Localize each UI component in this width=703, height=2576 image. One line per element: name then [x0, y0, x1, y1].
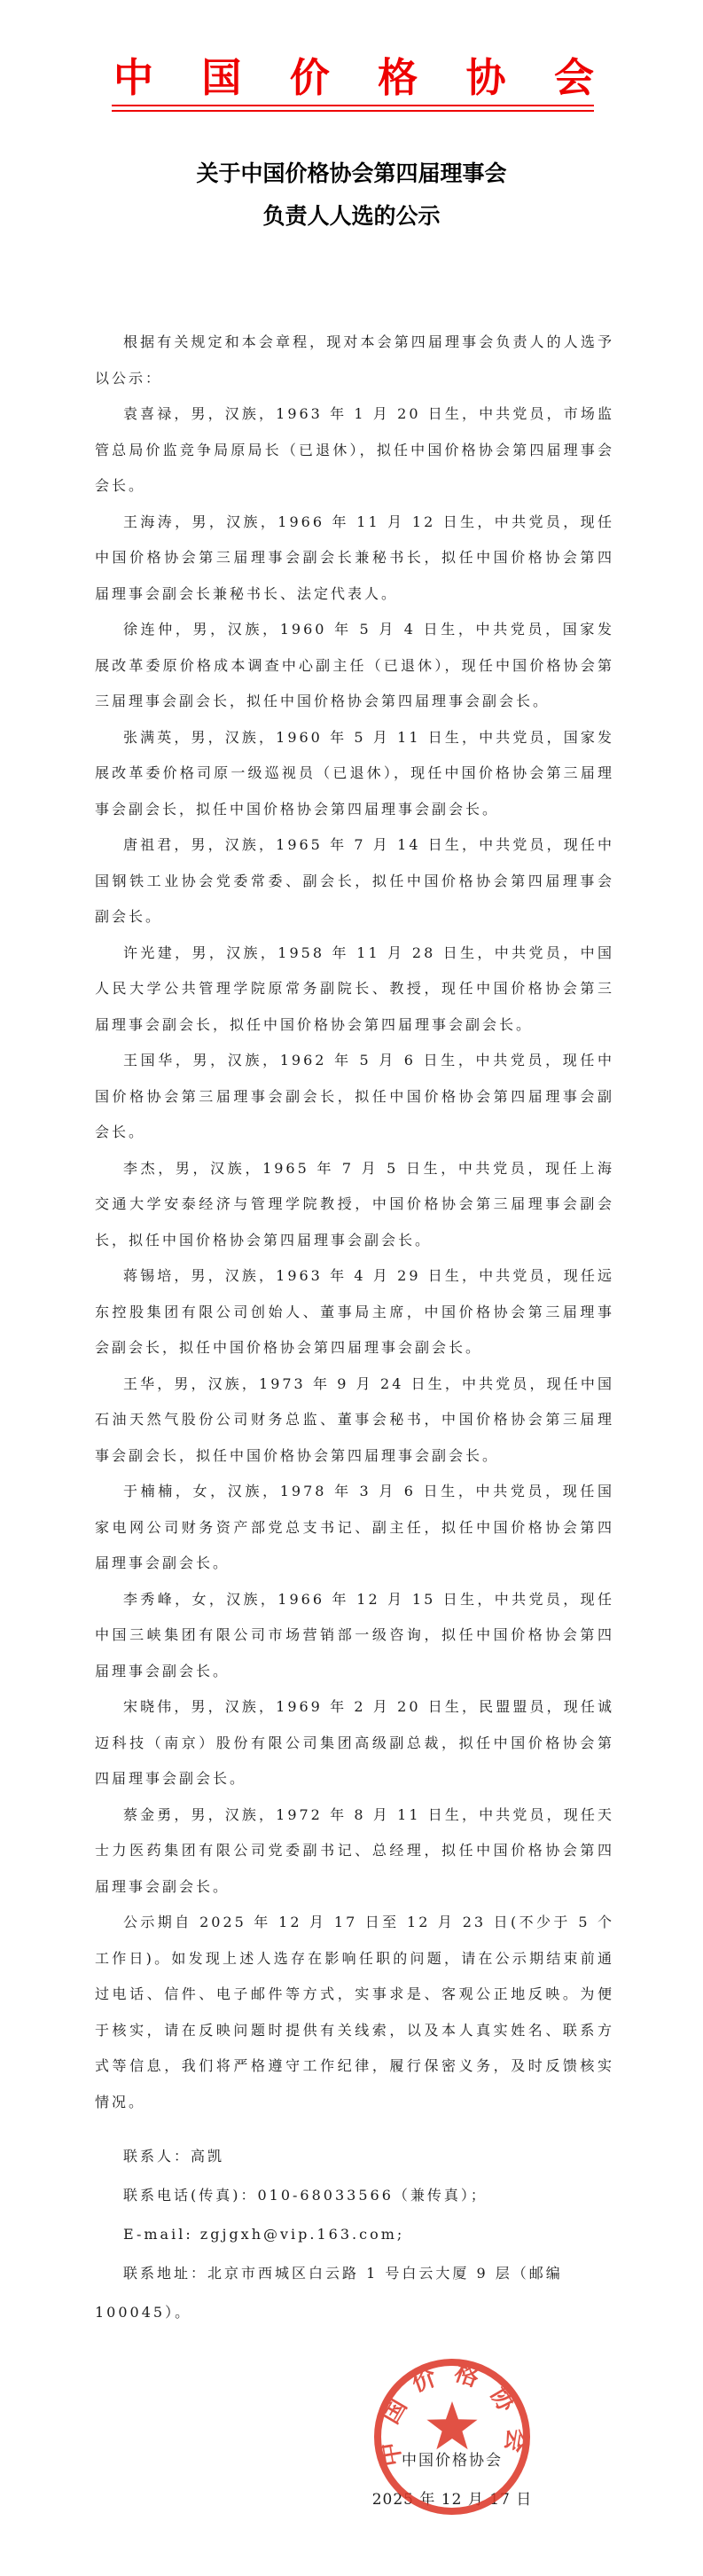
- letterhead-char: 协: [466, 55, 506, 101]
- body-paragraph: 唐祖君，男，汉族，1965 年 7 月 14 日生，中共党员，现任中国钢铁工业协…: [95, 827, 614, 936]
- announcement-document: 中 国 价 格 协 会 关于中国价格协会第四届理事会 负责人人选的公示 根据有关…: [0, 0, 703, 2576]
- letterhead-char: 价: [290, 55, 330, 101]
- body-paragraph: 李秀峰，女，汉族，1966 年 12 月 15 日生，中共党员，现任中国三峡集团…: [95, 1582, 614, 1690]
- contact-line: E-mail: zgjgxh@vip.163.com;: [95, 2215, 614, 2254]
- letterhead-org-name: 中 国 价 格 协 会: [113, 55, 594, 101]
- body-paragraph: 王国华，男，汉族，1962 年 5 月 6 日生，中共党员，现任中国价格协会第三…: [95, 1043, 614, 1151]
- contact-line: 联系地址：北京市西城区白云路 1 号白云大厦 9 层（邮编: [95, 2254, 614, 2293]
- contact-line: 联系人：高凯: [95, 2137, 614, 2176]
- red-star-icon: [426, 2401, 477, 2449]
- body-paragraph: 蒋锡培，男，汉族，1963 年 4 月 29 日生，中共党员，现任远东控股集团有…: [95, 1258, 614, 1366]
- body-paragraph: 王华，男，汉族，1973 年 9 月 24 日生，中共党员，现任中国石油天然气股…: [95, 1366, 614, 1475]
- letterhead-divider: [112, 105, 594, 112]
- body-paragraph: 李杰，男，汉族，1965 年 7 月 5 日生，中共党员，现任上海交通大学安泰经…: [95, 1151, 614, 1259]
- letterhead-char: 中: [113, 55, 153, 101]
- body-paragraph: 于楠楠，女，汉族，1978 年 3 月 6 日生，中共党员，现任国家电网公司财务…: [95, 1474, 614, 1582]
- contact-block: 联系人：高凯联系电话(传真)：010-68033566（兼传真）；E-mail:…: [95, 2137, 614, 2332]
- body-paragraph: 张满英，男，汉族，1960 年 5 月 11 日生，中共党员，国家发展改革委价格…: [95, 720, 614, 828]
- body-paragraph: 徐连仲，男，汉族，1960 年 5 月 4 日生，中共党员，国家发展改革委原价格…: [95, 612, 614, 720]
- letterhead-char: 国: [201, 55, 241, 101]
- document-body: 根据有关规定和本会章程，现对本会第四届理事会负责人的人选予以公示：袁喜禄，男，汉…: [95, 325, 614, 2120]
- page-title-line2: 负责人人选的公示: [0, 195, 703, 238]
- body-paragraph: 根据有关规定和本会章程，现对本会第四届理事会负责人的人选予以公示：: [95, 325, 614, 396]
- page-title: 关于中国价格协会第四届理事会 负责人人选的公示: [0, 153, 703, 238]
- contact-line: 联系电话(传真)：010-68033566（兼传真）；: [95, 2176, 614, 2215]
- letterhead-char: 会: [554, 55, 594, 101]
- official-seal: 中国价格协会: [368, 2353, 536, 2521]
- page-title-line1: 关于中国价格协会第四届理事会: [0, 153, 703, 195]
- body-paragraph: 袁喜禄，男，汉族，1963 年 1 月 20 日生，中共党员，市场监管总局价监竞…: [95, 396, 614, 505]
- letterhead-char: 格: [378, 55, 418, 101]
- body-paragraph: 蔡金勇，男，汉族，1972 年 8 月 11 日生，中共党员，现任天士力医药集团…: [95, 1797, 614, 1906]
- body-paragraph: 王海涛，男，汉族，1966 年 11 月 12 日生，中共党员，现任中国价格协会…: [95, 505, 614, 613]
- body-paragraph: 宋晓伟，男，汉族，1969 年 2 月 20 日生，民盟盟员，现任诚迈科技（南京…: [95, 1689, 614, 1797]
- body-paragraph: 许光建，男，汉族，1958 年 11 月 28 日生，中共党员，中国人民大学公共…: [95, 936, 614, 1044]
- contact-line: 100045）。: [95, 2293, 614, 2332]
- body-paragraph: 公示期自 2025 年 12 月 17 日至 12 月 23 日(不少于 5 个…: [95, 1905, 614, 2120]
